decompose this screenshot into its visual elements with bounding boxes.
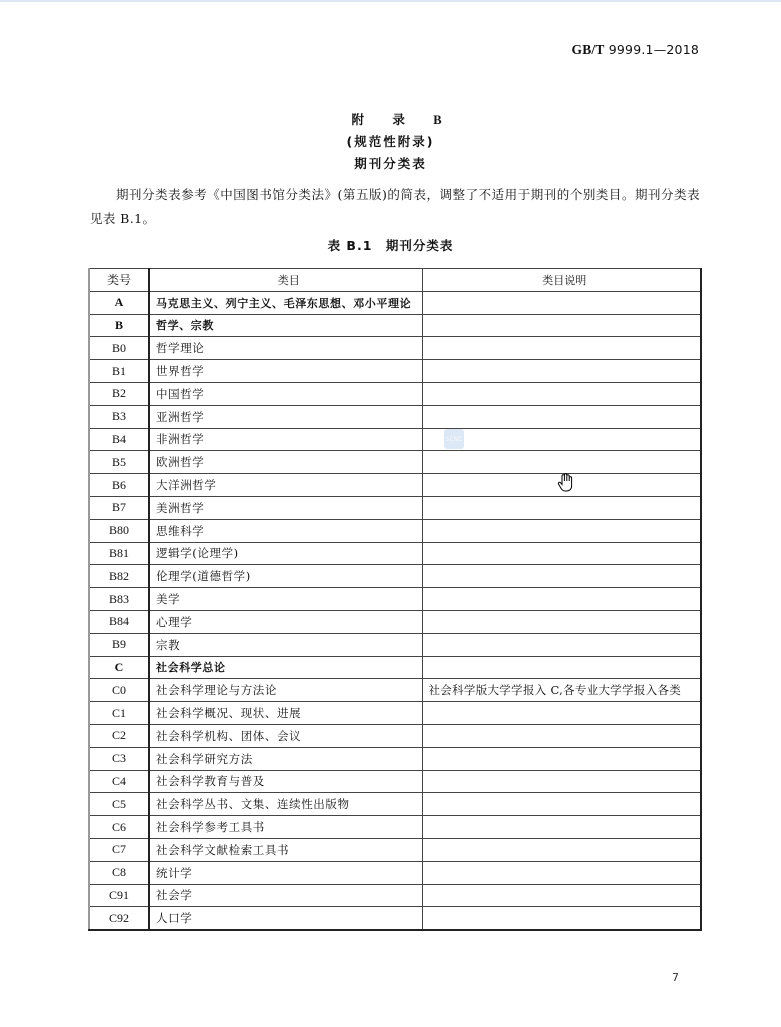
table-row: B6大洋洲哲学 bbox=[89, 474, 701, 497]
table-row: B0哲学理论 bbox=[89, 337, 701, 360]
class-name: 社会学 bbox=[149, 884, 422, 907]
hand-cursor-icon bbox=[556, 472, 576, 494]
table-row-major: B哲学、宗教 bbox=[89, 314, 701, 337]
table-row: C91社会学 bbox=[89, 884, 701, 907]
table-row: B2中国哲学 bbox=[89, 382, 701, 405]
header-code: 类号 bbox=[89, 269, 149, 292]
class-description bbox=[422, 702, 701, 725]
class-description bbox=[422, 838, 701, 861]
class-code: B4 bbox=[89, 428, 149, 451]
class-name: 社会科学总论 bbox=[149, 656, 422, 679]
class-code: B83 bbox=[89, 588, 149, 611]
class-code: C5 bbox=[89, 793, 149, 816]
class-description bbox=[422, 861, 701, 884]
class-code: C4 bbox=[89, 770, 149, 793]
class-description bbox=[422, 405, 701, 428]
class-code: B84 bbox=[89, 610, 149, 633]
class-code: C0 bbox=[89, 679, 149, 702]
page-number: 7 bbox=[672, 971, 679, 984]
table-row: C4社会科学教育与普及 bbox=[89, 770, 701, 793]
table-row: B5欧洲哲学 bbox=[89, 451, 701, 474]
classification-table: 类号 类目 类目说明 A马克思主义、列宁主义、毛泽东思想、邓小平理论B哲学、宗教… bbox=[88, 268, 702, 931]
class-code: B6 bbox=[89, 474, 149, 497]
class-description bbox=[422, 793, 701, 816]
class-name: 社会科学丛书、文集、连续性出版物 bbox=[149, 793, 422, 816]
class-name: 非洲哲学 bbox=[149, 428, 422, 451]
class-name: 宗教 bbox=[149, 633, 422, 656]
table-row: B4非洲哲学 bbox=[89, 428, 701, 451]
class-description bbox=[422, 360, 701, 383]
class-description bbox=[422, 588, 701, 611]
class-code: B0 bbox=[89, 337, 149, 360]
class-code: C1 bbox=[89, 702, 149, 725]
class-name: 大洋洲哲学 bbox=[149, 474, 422, 497]
annex-letter: B bbox=[433, 113, 441, 127]
class-name: 伦理学(道德哲学) bbox=[149, 565, 422, 588]
class-code: B3 bbox=[89, 405, 149, 428]
class-code: C92 bbox=[89, 907, 149, 930]
table-row: C7社会科学文献检索工具书 bbox=[89, 838, 701, 861]
class-code: B5 bbox=[89, 451, 149, 474]
class-name: 社会科学概况、现状、进展 bbox=[149, 702, 422, 725]
class-name: 马克思主义、列宁主义、毛泽东思想、邓小平理论 bbox=[149, 291, 422, 314]
class-name: 中国哲学 bbox=[149, 382, 422, 405]
table-row-major: C社会科学总论 bbox=[89, 656, 701, 679]
class-code: B2 bbox=[89, 382, 149, 405]
annex-type: (规范性附录) bbox=[0, 132, 781, 150]
class-code: B80 bbox=[89, 519, 149, 542]
class-name: 欧洲哲学 bbox=[149, 451, 422, 474]
class-name: 美学 bbox=[149, 588, 422, 611]
class-name: 逻辑学(论理学) bbox=[149, 542, 422, 565]
class-name: 思维科学 bbox=[149, 519, 422, 542]
class-description bbox=[422, 656, 701, 679]
class-name: 社会科学研究方法 bbox=[149, 747, 422, 770]
class-name: 亚洲哲学 bbox=[149, 405, 422, 428]
class-name: 世界哲学 bbox=[149, 360, 422, 383]
table-header-row: 类号 类目 类目说明 bbox=[89, 269, 701, 292]
class-description bbox=[422, 610, 701, 633]
table-row: C2社会科学机构、团体、会议 bbox=[89, 724, 701, 747]
class-code: C6 bbox=[89, 816, 149, 839]
class-name: 哲学理论 bbox=[149, 337, 422, 360]
table-row-major: A马克思主义、列宁主义、毛泽东思想、邓小平理论 bbox=[89, 291, 701, 314]
class-description bbox=[422, 337, 701, 360]
class-code: C8 bbox=[89, 861, 149, 884]
table-row: B81逻辑学(论理学) bbox=[89, 542, 701, 565]
class-description bbox=[422, 884, 701, 907]
class-name: 社会科学理论与方法论 bbox=[149, 679, 422, 702]
table-row: B7美洲哲学 bbox=[89, 496, 701, 519]
class-description bbox=[422, 907, 701, 930]
class-code: C91 bbox=[89, 884, 149, 907]
table-row: C5社会科学丛书、文集、连续性出版物 bbox=[89, 793, 701, 816]
class-description bbox=[422, 496, 701, 519]
table-row: B3亚洲哲学 bbox=[89, 405, 701, 428]
class-name: 社会科学教育与普及 bbox=[149, 770, 422, 793]
table-row: B82伦理学(道德哲学) bbox=[89, 565, 701, 588]
header-category: 类目 bbox=[149, 269, 422, 292]
header-description: 类目说明 bbox=[422, 269, 701, 292]
standard-prefix: GB/T bbox=[572, 42, 605, 57]
class-code: C bbox=[89, 656, 149, 679]
viewer-top-edge bbox=[0, 0, 781, 2]
table-row: B84心理学 bbox=[89, 610, 701, 633]
table-row: B80思维科学 bbox=[89, 519, 701, 542]
table-row: B9宗教 bbox=[89, 633, 701, 656]
class-code: B7 bbox=[89, 496, 149, 519]
class-description bbox=[422, 451, 701, 474]
table-row: B83美学 bbox=[89, 588, 701, 611]
class-description bbox=[422, 382, 701, 405]
class-description bbox=[422, 542, 701, 565]
class-name: 统计学 bbox=[149, 861, 422, 884]
table-row: C1社会科学概况、现状、进展 bbox=[89, 702, 701, 725]
class-name: 心理学 bbox=[149, 610, 422, 633]
class-code: B1 bbox=[89, 360, 149, 383]
class-name: 人口学 bbox=[149, 907, 422, 930]
table-row: C0社会科学理论与方法论社会科学版大学学报入 C,各专业大学学报入各类 bbox=[89, 679, 701, 702]
class-code: C3 bbox=[89, 747, 149, 770]
class-code: C7 bbox=[89, 838, 149, 861]
annex-title: 附 录 B bbox=[0, 110, 781, 128]
class-description bbox=[422, 770, 701, 793]
class-name: 社会科学文献检索工具书 bbox=[149, 838, 422, 861]
class-name: 哲学、宗教 bbox=[149, 314, 422, 337]
class-code: B9 bbox=[89, 633, 149, 656]
table-row: B1世界哲学 bbox=[89, 360, 701, 383]
table-row: C92人口学 bbox=[89, 907, 701, 930]
table-row: C8统计学 bbox=[89, 861, 701, 884]
class-description bbox=[422, 314, 701, 337]
class-code: A bbox=[89, 291, 149, 314]
watermark-logo: SCNC bbox=[444, 429, 464, 449]
class-description: 社会科学版大学学报入 C,各专业大学学报入各类 bbox=[422, 679, 701, 702]
table-caption: 表 B.1 期刊分类表 bbox=[0, 236, 781, 254]
class-description bbox=[422, 519, 701, 542]
annex-subject: 期刊分类表 bbox=[0, 154, 781, 172]
standard-number: 9999.1—2018 bbox=[609, 42, 699, 57]
class-name: 社会科学机构、团体、会议 bbox=[149, 724, 422, 747]
class-name: 美洲哲学 bbox=[149, 496, 422, 519]
intro-paragraph: 期刊分类表参考《中国图书馆分类法》(第五版)的简表，调整了不适用于期刊的个别类目… bbox=[90, 183, 700, 231]
table-row: C3社会科学研究方法 bbox=[89, 747, 701, 770]
class-description bbox=[422, 747, 701, 770]
class-code: B82 bbox=[89, 565, 149, 588]
class-code: B81 bbox=[89, 542, 149, 565]
class-description bbox=[422, 633, 701, 656]
class-description bbox=[422, 291, 701, 314]
class-code: B bbox=[89, 314, 149, 337]
class-code: C2 bbox=[89, 724, 149, 747]
standard-number-header: GB/T 9999.1—2018 bbox=[572, 42, 700, 58]
class-description bbox=[422, 565, 701, 588]
annex-label: 附 录 bbox=[351, 112, 416, 127]
table-row: C6社会科学参考工具书 bbox=[89, 816, 701, 839]
class-description bbox=[422, 724, 701, 747]
class-description bbox=[422, 816, 701, 839]
class-name: 社会科学参考工具书 bbox=[149, 816, 422, 839]
